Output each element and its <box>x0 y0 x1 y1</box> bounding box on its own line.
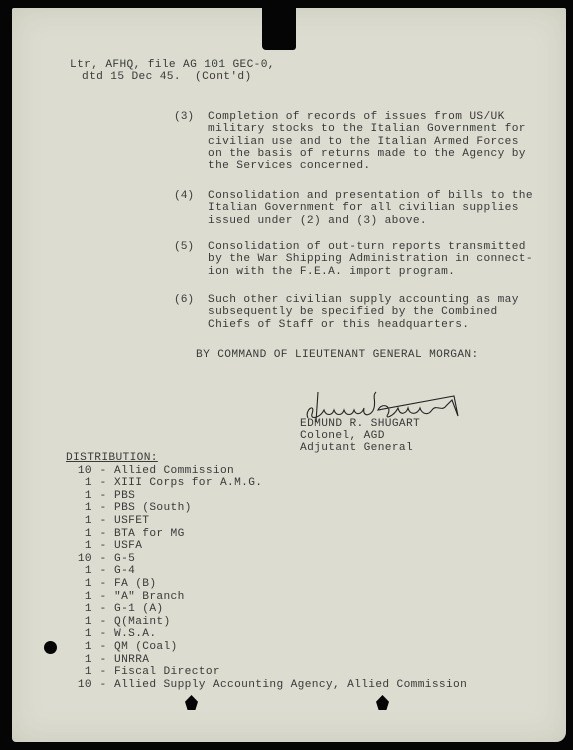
recipient: G-1 (A) <box>114 603 163 616</box>
recipient: USFA <box>114 540 142 553</box>
dash: - <box>92 654 114 667</box>
paragraph-line: Consolidation of out-turn reports transm… <box>208 241 533 253</box>
paragraph-line: Such other civilian supply accounting as… <box>208 294 519 306</box>
quantity: 1 <box>66 628 92 641</box>
quantity: 1 <box>66 654 92 667</box>
quantity: 10 <box>66 679 92 692</box>
quantity: 1 <box>66 528 92 541</box>
list-item: 1-BTA for MG <box>66 528 467 541</box>
recipient: Allied Supply Accounting Agency, Allied … <box>114 679 467 692</box>
quantity: 1 <box>66 477 92 490</box>
paragraph-line: on the basis of returns made to the Agen… <box>208 148 526 160</box>
paragraph-line: civilian use and to the Italian Armed Fo… <box>208 136 526 148</box>
recipient: PBS (South) <box>114 502 192 515</box>
punch-hole-icon <box>185 695 198 710</box>
quantity: 1 <box>66 578 92 591</box>
quantity: 1 <box>66 540 92 553</box>
dash: - <box>92 565 114 578</box>
paragraph-line: issued under (2) and (3) above. <box>208 215 533 227</box>
quantity: 1 <box>66 502 92 515</box>
dash: - <box>92 603 114 616</box>
reference-line-1: Ltr, AFHQ, file AG 101 GEC-0, <box>70 59 275 71</box>
list-item: 1-Q(Maint) <box>66 616 467 629</box>
distribution-list: DISTRIBUTION: 10-Allied Commission 1-XII… <box>66 452 467 691</box>
punch-notch <box>262 8 296 50</box>
list-item: 1-XIII Corps for A.M.G. <box>66 477 467 490</box>
dash: - <box>92 679 114 692</box>
list-item: 1-PBS <box>66 490 467 503</box>
paragraph-line: military stocks to the Italian Governmen… <box>208 123 526 135</box>
dash: - <box>92 528 114 541</box>
dash: - <box>92 666 114 679</box>
command-line: BY COMMAND OF LIEUTENANT GENERAL MORGAN: <box>196 349 479 361</box>
list-item: 1-QM (Coal) <box>66 641 467 654</box>
recipient: Fiscal Director <box>114 666 220 679</box>
document-page: Ltr, AFHQ, file AG 101 GEC-0, dtd 15 Dec… <box>12 8 566 742</box>
dash: - <box>92 628 114 641</box>
recipient: FA (B) <box>114 578 156 591</box>
signer-rank: Colonel, AGD <box>300 430 385 442</box>
quantity: 1 <box>66 641 92 654</box>
quantity: 10 <box>66 553 92 566</box>
dash: - <box>92 616 114 629</box>
list-item: 10-Allied Supply Accounting Agency, Alli… <box>66 679 467 692</box>
recipient: USFET <box>114 515 149 528</box>
punch-hole-icon <box>44 641 57 654</box>
quantity: 1 <box>66 603 92 616</box>
recipient: W.S.A. <box>114 628 156 641</box>
paragraph-number: (5) <box>174 241 194 253</box>
paragraph-line: the Services concerned. <box>208 160 526 172</box>
recipient: QM (Coal) <box>114 641 178 654</box>
list-item: 1-G-4 <box>66 565 467 578</box>
dash: - <box>92 578 114 591</box>
list-item: 1-PBS (South) <box>66 502 467 515</box>
list-item: 1-USFA <box>66 540 467 553</box>
punch-hole-icon <box>376 695 389 710</box>
signer-name: EDMUND R. SHUGART <box>300 418 420 430</box>
list-item: 10-G-5 <box>66 553 467 566</box>
dash: - <box>92 502 114 515</box>
quantity: 1 <box>66 565 92 578</box>
list-item: 1-UNRRA <box>66 654 467 667</box>
quantity: 1 <box>66 515 92 528</box>
recipient: PBS <box>114 490 135 503</box>
list-item: 1-"A" Branch <box>66 591 467 604</box>
dash: - <box>92 515 114 528</box>
recipient: UNRRA <box>114 654 149 667</box>
paragraph-line: Consolidation and presentation of bills … <box>208 190 533 202</box>
paragraph-line: ion with the F.E.A. import program. <box>208 266 533 278</box>
dash: - <box>92 553 114 566</box>
recipient: "A" Branch <box>114 591 185 604</box>
dash: - <box>92 591 114 604</box>
paragraph-number: (6) <box>174 294 194 306</box>
quantity: 1 <box>66 591 92 604</box>
recipient: XIII Corps for A.M.G. <box>114 477 262 490</box>
paragraph-line: Chiefs of Staff or this headquarters. <box>208 319 519 331</box>
quantity: 1 <box>66 490 92 503</box>
paragraph-line: subsequently be specified by the Combine… <box>208 306 519 318</box>
quantity: 1 <box>66 616 92 629</box>
recipient: Allied Commission <box>114 465 234 478</box>
distribution-heading: DISTRIBUTION: <box>66 452 467 465</box>
dash: - <box>92 641 114 654</box>
recipient: BTA for MG <box>114 528 185 541</box>
list-item: 1-Fiscal Director <box>66 666 467 679</box>
list-item: 1-G-1 (A) <box>66 603 467 616</box>
list-item: 10-Allied Commission <box>66 465 467 478</box>
reference-line-2: dtd 15 Dec 45. (Cont'd) <box>82 71 252 83</box>
recipient: G-4 <box>114 565 135 578</box>
paragraph-number: (3) <box>174 111 194 123</box>
paragraph-line: by the War Shipping Administration in co… <box>208 253 533 265</box>
dash: - <box>92 477 114 490</box>
recipient: Q(Maint) <box>114 616 171 629</box>
dash: - <box>92 540 114 553</box>
paragraph-line: Italian Government for all civilian supp… <box>208 202 533 214</box>
paragraph-line: Completion of records of issues from US/… <box>208 111 526 123</box>
quantity: 10 <box>66 465 92 478</box>
paragraph-number: (4) <box>174 190 194 202</box>
dash: - <box>92 465 114 478</box>
quantity: 1 <box>66 666 92 679</box>
recipient: G-5 <box>114 553 135 566</box>
dash: - <box>92 490 114 503</box>
list-item: 1-FA (B) <box>66 578 467 591</box>
list-item: 1-USFET <box>66 515 467 528</box>
list-item: 1-W.S.A. <box>66 628 467 641</box>
